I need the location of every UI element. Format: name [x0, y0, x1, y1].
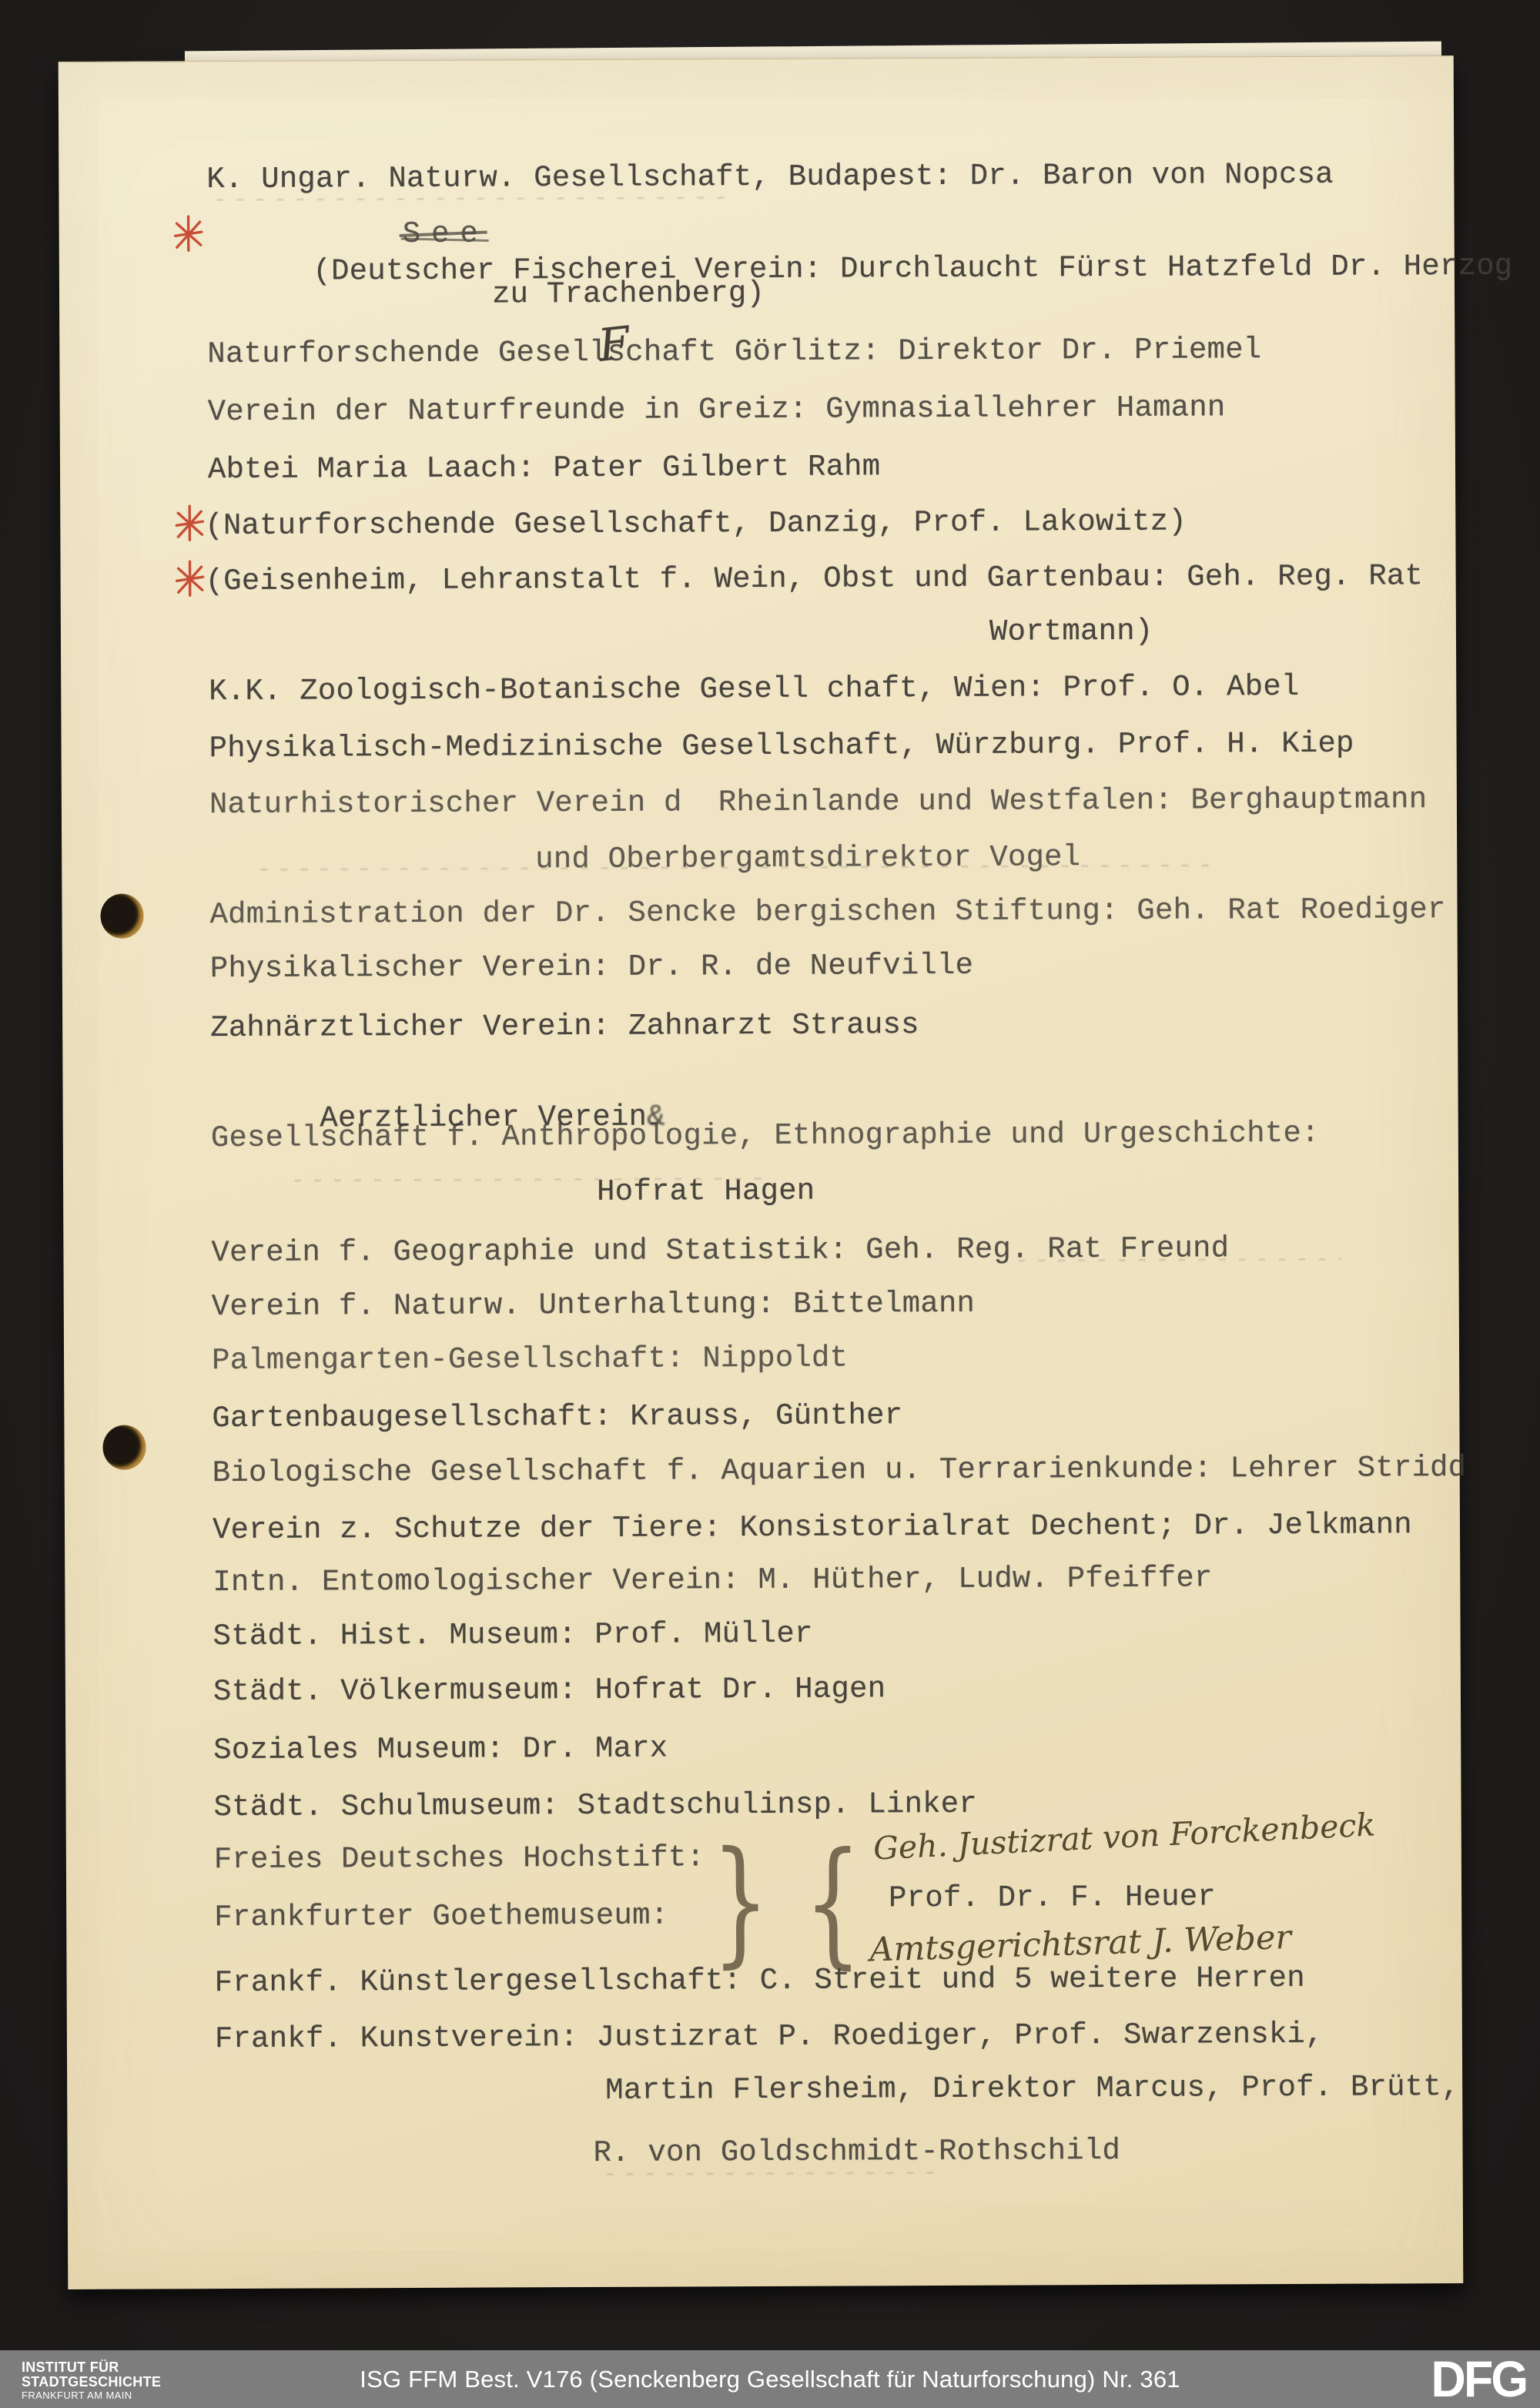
typed-line: Verein f. Geographie und Statistik: Geh.… [211, 1231, 1229, 1271]
typed-line: Palmengarten-Gesellschaft: Nippoldt [212, 1341, 848, 1379]
typed-line: K. Ungar. Naturw. Gesellschaft, Budapest… [206, 157, 1334, 197]
struck-word: See [403, 216, 489, 252]
archive-reference: ISG FFM Best. V176 (Senckenberg Gesellsc… [0, 2366, 1540, 2393]
typed-line: Aerztlicher Verein& [210, 1064, 662, 1173]
typed-line: Hofrat Hagen [597, 1174, 815, 1210]
typed-line: Frankfurter Goethemuseum: [214, 1898, 668, 1936]
opening-brace: { [804, 1822, 862, 1981]
archive-footer-bar: INSTITUT FÜR STADTGESCHICHTE FRANKFURT A… [0, 2350, 1540, 2408]
punch-hole [102, 1425, 146, 1469]
typed-line: (Geisenheim, Lehranstalt f. Wein, Obst u… [206, 558, 1424, 599]
asterisk-icon [173, 214, 204, 253]
typed-line: Intn. Entomologischer Verein: M. Hüther,… [213, 1560, 1212, 1600]
typed-line: Biologische Gesellschaft f. Aquarien u. … [213, 1450, 1467, 1491]
typed-line: Verein der Naturfreunde in Greiz: Gymnas… [208, 390, 1226, 430]
asterisk-icon [174, 504, 205, 542]
typed-line: und Oberbergamtsdirektor Vogel [535, 839, 1080, 877]
typed-line: Physikalisch-Medizinische Gesellschaft, … [209, 726, 1354, 766]
typed-line: Verein f. Naturw. Unterhaltung: Bittelma… [212, 1286, 976, 1325]
typed-line: Gesellschaft f. Anthropologie, Ethnograp… [211, 1116, 1320, 1156]
typed-line: (Naturforschende Gesellschaft, Danzig, P… [205, 504, 1187, 544]
typed-line: Städt. Schulmuseum: Stadtschulinsp. Link… [213, 1787, 977, 1825]
dfg-logo: DFG [1431, 2350, 1526, 2408]
closing-brace: } [711, 1821, 770, 1981]
typed-line: Martin Flersheim, Direktor Marcus, Prof.… [605, 2069, 1460, 2108]
typed-line: Administration der Dr. Sencke bergischen… [209, 892, 1445, 933]
typed-text: (Deutscher [313, 253, 513, 288]
typed-line: Gartenbaugesellschaft: Krauss, Günther [212, 1398, 902, 1436]
typed-line: R. von Goldschmidt-Rothschild [593, 2133, 1120, 2171]
typed-line: Zahnärztlicher Verein: Zahnarzt Strauss [210, 1007, 919, 1046]
ink-smudge [216, 196, 725, 201]
typed-line: K.K. Zoologisch-Botanische Gesell chaft,… [209, 669, 1299, 709]
typed-line: Physikalischer Verein: Dr. R. de Neufvil… [210, 948, 974, 986]
punch-hole [100, 893, 143, 938]
typed-line: Soziales Museum: Dr. Marx [213, 1731, 668, 1769]
asterisk-icon [175, 559, 206, 598]
typed-line: Naturhistorischer Verein d Rheinlande un… [209, 782, 1428, 822]
typed-line: Naturforschende Gesellschaft Görlitz: Di… [207, 332, 1261, 372]
typed-line: Verein z. Schutze der Tiere: Konsistoria… [213, 1507, 1412, 1548]
scan-background: K. Ungar. Naturw. Gesellschaft, Budapest… [0, 0, 1540, 2408]
typed-line: zu Trachenberg) [492, 276, 765, 313]
typed-line: Frankf. Künstlergesellschaft: C. Streit … [214, 1961, 1304, 2001]
typed-line: Städt. Völkermuseum: Hofrat Dr. Hagen [213, 1671, 886, 1710]
typed-line: Städt. Hist. Museum: Prof. Müller [213, 1616, 813, 1654]
typed-line: Wortmann) [989, 614, 1153, 650]
typed-line: Abtei Maria Laach: Pater Gilbert Rahm [208, 449, 881, 487]
typed-line: Prof. Dr. F. Heuer [889, 1879, 1216, 1916]
typed-line: Freies Deutsches Hochstift: [214, 1840, 705, 1877]
ink-smudge [607, 2172, 946, 2175]
typed-line: Frankf. Kunstverein: Justizrat P. Roedig… [215, 2017, 1324, 2057]
document-page: K. Ungar. Naturw. Gesellschaft, Budapest… [59, 55, 1464, 2289]
